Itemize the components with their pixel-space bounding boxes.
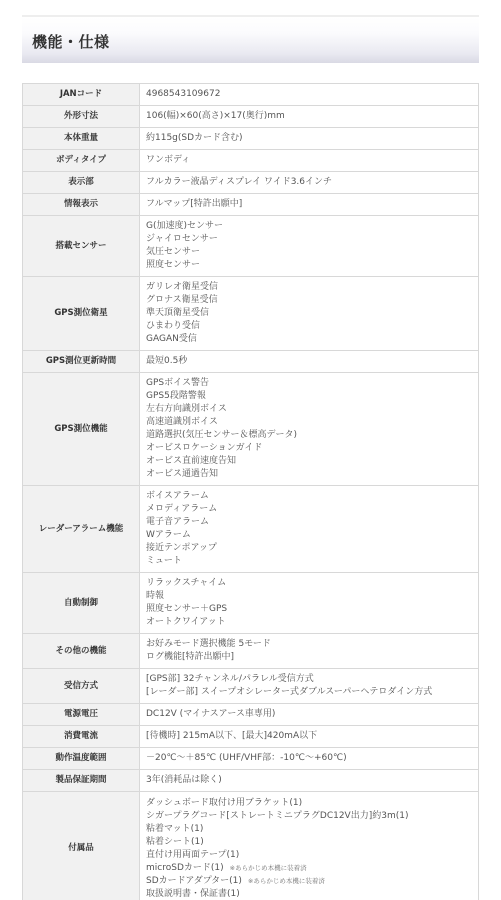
spec-value-text: 約115g(SDカード含む)	[146, 133, 243, 143]
spec-value-line: メロディアラーム	[146, 503, 472, 516]
spec-value: フルカラー液晶ディスプレイ ワイド3.6インチ	[140, 172, 479, 194]
spec-label: 情報表示	[23, 194, 140, 216]
spec-value-line: 接近テンポアップ	[146, 542, 472, 555]
spec-value-line: [待機時] 215mA以下、[最大]420mA以下	[146, 730, 472, 743]
spec-value-text: ガリレオ衛星受信	[146, 282, 218, 292]
spec-value-text: 4968543109672	[146, 89, 220, 99]
table-row: 本体重量約115g(SDカード含む)	[23, 128, 479, 150]
section-title: 機能・仕様	[32, 31, 110, 52]
spec-value-line: ダッシュボード取付け用ブラケット(1)	[146, 797, 472, 810]
spec-value: ガリレオ衛星受信グロナス衛星受信準天頂衛星受信ひまわり受信GAGAN受信	[140, 277, 479, 351]
spec-value-text: [GPS部] 32チャンネル/パラレル受信方式	[146, 674, 314, 684]
spec-value-line: microSDカード(1)※あらかじめ本機に装着済	[146, 862, 472, 875]
spec-value: G(加速度)センサージャイロセンサー気圧センサー照度センサー	[140, 216, 479, 277]
spec-value-text: グロナス衛星受信	[146, 295, 218, 305]
spec-value-text: ジャイロセンサー	[146, 234, 218, 244]
table-row: ボディタイプワンボディ	[23, 150, 479, 172]
spec-value-line: オービス通過告知	[146, 468, 472, 481]
table-row: その他の機能お好みモード選択機能 5モードログ機能[特許出願中]	[23, 634, 479, 669]
spec-value-line: SDカードアダプター(1)※あらかじめ本機に装着済	[146, 875, 472, 888]
spec-value-text: オービス通過告知	[146, 469, 218, 479]
spec-value-text: Wアラーム	[146, 530, 191, 540]
spec-value-line: 約115g(SDカード含む)	[146, 132, 472, 145]
section-header: 機能・仕様	[22, 17, 479, 63]
spec-value-line: 電子音アラーム	[146, 516, 472, 529]
spec-value-line: 3年(消耗品は除く)	[146, 774, 472, 787]
spec-label: 製品保証期間	[23, 770, 140, 792]
spec-label: 本体重量	[23, 128, 140, 150]
spec-value-line: ジャイロセンサー	[146, 233, 472, 246]
spec-label: 表示部	[23, 172, 140, 194]
table-row: GPS測位機能GPSボイス警告GPS5段階警報左右方向識別ボイス高速道識別ボイス…	[23, 373, 479, 486]
spec-value-text: 電子音アラーム	[146, 517, 209, 527]
spec-value-text: [レーダー部] スイープオシレーター式ダブルスーパーヘテロダイン方式	[146, 687, 432, 697]
spec-label: 搭載センサー	[23, 216, 140, 277]
table-row: JANコード4968543109672	[23, 84, 479, 106]
spec-value-line: ログ機能[特許出願中]	[146, 651, 472, 664]
spec-value-line: 時報	[146, 590, 472, 603]
spec-value-line: 106(幅)×60(高さ)×17(奥行)mm	[146, 110, 472, 123]
spec-value-text: 取扱説明書・保証書(1)	[146, 889, 240, 899]
spec-label: 電源電圧	[23, 704, 140, 726]
spec-value-line: シガープラグコード[ストレートミニプラグDC12V出力]約3m(1)	[146, 810, 472, 823]
spec-value: ダッシュボード取付け用ブラケット(1)シガープラグコード[ストレートミニプラグD…	[140, 792, 479, 900]
table-row: 外形寸法106(幅)×60(高さ)×17(奥行)mm	[23, 106, 479, 128]
spec-value: GPSボイス警告GPS5段階警報左右方向識別ボイス高速道識別ボイス道路選択(気圧…	[140, 373, 479, 486]
spec-value-text: 106(幅)×60(高さ)×17(奥行)mm	[146, 111, 285, 121]
spec-value: フルマップ[特許出願中]	[140, 194, 479, 216]
spec-value-line: GAGAN受信	[146, 333, 472, 346]
spec-value-text: 3年(消耗品は除く)	[146, 775, 222, 785]
spec-value-text: お好みモード選択機能 5モード	[146, 639, 271, 649]
spec-value-line: 照度センサー＋GPS	[146, 603, 472, 616]
spec-value-text: ログ機能[特許出願中]	[146, 652, 234, 662]
spec-value-text: 左右方向識別ボイス	[146, 404, 227, 414]
spec-value-line: [GPS部] 32チャンネル/パラレル受信方式	[146, 673, 472, 686]
spec-value-text: SDカードアダプター(1)	[146, 876, 242, 886]
spec-value-text: 粘着シート(1)	[146, 837, 204, 847]
spec-value-text: オービスロケーションガイド	[146, 443, 262, 453]
spec-value-text: [待機時] 215mA以下、[最大]420mA以下	[146, 731, 317, 741]
spec-value-line: 直付け用両面テープ(1)	[146, 849, 472, 862]
spec-value-line: 最短0.5秒	[146, 355, 472, 368]
spec-value: ボイスアラームメロディアラーム電子音アラームWアラーム接近テンポアップミュート	[140, 486, 479, 573]
spec-value-text: 気圧センサー	[146, 247, 200, 257]
spec-value: 約115g(SDカード含む)	[140, 128, 479, 150]
spec-value-line: ガリレオ衛星受信	[146, 281, 472, 294]
spec-value-text: 時報	[146, 591, 164, 601]
spec-value-text: DC12V (マイナスアース車専用)	[146, 709, 275, 719]
spec-value-line: GPS5段階警報	[146, 390, 472, 403]
spec-label: JANコード	[23, 84, 140, 106]
spec-value-line: 取扱説明書・保証書(1)	[146, 888, 472, 900]
spec-value-line: グロナス衛星受信	[146, 294, 472, 307]
spec-value-text: 直付け用両面テープ(1)	[146, 850, 239, 860]
spec-value: 3年(消耗品は除く)	[140, 770, 479, 792]
spec-value: お好みモード選択機能 5モードログ機能[特許出願中]	[140, 634, 479, 669]
spec-value-line: 粘着シート(1)	[146, 836, 472, 849]
spec-value: [待機時] 215mA以下、[最大]420mA以下	[140, 726, 479, 748]
spec-value-line: GPSボイス警告	[146, 377, 472, 390]
spec-value-line: DC12V (マイナスアース車専用)	[146, 708, 472, 721]
spec-value-line: フルカラー液晶ディスプレイ ワイド3.6インチ	[146, 176, 472, 189]
spec-value-line: [レーダー部] スイープオシレーター式ダブルスーパーヘテロダイン方式	[146, 686, 472, 699]
table-row: レーダーアラーム機能ボイスアラームメロディアラーム電子音アラームWアラーム接近テ…	[23, 486, 479, 573]
spec-value-line: 左右方向識別ボイス	[146, 403, 472, 416]
spec-value-line: お好みモード選択機能 5モード	[146, 638, 472, 651]
spec-value-line: －20℃～＋85℃ (UHF/VHF部：-10℃～+60℃)	[146, 752, 472, 765]
spec-value-text: 接近テンポアップ	[146, 543, 217, 553]
spec-value-text: GPSボイス警告	[146, 378, 209, 388]
table-row: GPS測位更新時間最短0.5秒	[23, 351, 479, 373]
spec-value-line: フルマップ[特許出願中]	[146, 198, 472, 211]
table-row: 電源電圧DC12V (マイナスアース車専用)	[23, 704, 479, 726]
spec-label: 消費電流	[23, 726, 140, 748]
spec-value-line: 気圧センサー	[146, 246, 472, 259]
spec-label: GPS測位衛星	[23, 277, 140, 351]
table-row: 情報表示フルマップ[特許出願中]	[23, 194, 479, 216]
spec-value-text: ミュート	[146, 556, 182, 566]
spec-label: 付属品	[23, 792, 140, 900]
spec-value-text: ワンボディ	[146, 155, 190, 165]
spec-value-text: メロディアラーム	[146, 504, 217, 514]
spec-value: DC12V (マイナスアース車専用)	[140, 704, 479, 726]
spec-value-line: G(加速度)センサー	[146, 220, 472, 233]
table-row: 表示部フルカラー液晶ディスプレイ ワイド3.6インチ	[23, 172, 479, 194]
spec-value-text: GPS5段階警報	[146, 391, 206, 401]
spec-value-line: 4968543109672	[146, 88, 472, 101]
spec-value-text: フルマップ[特許出願中]	[146, 199, 242, 209]
spec-value-text: 粘着マット(1)	[146, 824, 203, 834]
spec-value: －20℃～＋85℃ (UHF/VHF部：-10℃～+60℃)	[140, 748, 479, 770]
spec-value-line: ボイスアラーム	[146, 490, 472, 503]
spec-value-text: ひまわり受信	[146, 321, 200, 331]
spec-label: その他の機能	[23, 634, 140, 669]
spec-value: 4968543109672	[140, 84, 479, 106]
spec-value-line: オービスロケーションガイド	[146, 442, 472, 455]
spec-value-line: Wアラーム	[146, 529, 472, 542]
spec-label: GPS測位更新時間	[23, 351, 140, 373]
spec-table: JANコード4968543109672外形寸法106(幅)×60(高さ)×17(…	[22, 83, 479, 900]
spec-value-text: ボイスアラーム	[146, 491, 209, 501]
spec-value: 106(幅)×60(高さ)×17(奥行)mm	[140, 106, 479, 128]
spec-value-text: 照度センサー＋GPS	[146, 604, 227, 614]
spec-value: [GPS部] 32チャンネル/パラレル受信方式[レーダー部] スイープオシレータ…	[140, 669, 479, 704]
spec-label: 外形寸法	[23, 106, 140, 128]
spec-note: ※あらかじめ本機に装着済	[248, 877, 325, 885]
table-row: 消費電流[待機時] 215mA以下、[最大]420mA以下	[23, 726, 479, 748]
spec-value-text: －20℃～＋85℃ (UHF/VHF部：-10℃～+60℃)	[146, 753, 347, 763]
spec-value-line: オートクワイアット	[146, 616, 472, 629]
spec-value-text: リラックスチャイム	[146, 578, 226, 588]
spec-value: 最短0.5秒	[140, 351, 479, 373]
spec-label: レーダーアラーム機能	[23, 486, 140, 573]
spec-value: リラックスチャイム時報照度センサー＋GPSオートクワイアット	[140, 573, 479, 634]
spec-value-line: ミュート	[146, 555, 472, 568]
spec-label: 受信方式	[23, 669, 140, 704]
spec-value-text: microSDカード(1)	[146, 863, 224, 873]
spec-value-line: オービス直前速度告知	[146, 455, 472, 468]
spec-label: 自動制御	[23, 573, 140, 634]
spec-note: ※あらかじめ本機に装着済	[230, 864, 307, 872]
spec-value-line: 道路選択(気圧センサー＆標高データ)	[146, 429, 472, 442]
spec-value-line: ひまわり受信	[146, 320, 472, 333]
spec-value-text: シガープラグコード[ストレートミニプラグDC12V出力]約3m(1)	[146, 811, 408, 821]
spec-value-text: オートクワイアット	[146, 617, 226, 627]
table-row: 製品保証期間3年(消耗品は除く)	[23, 770, 479, 792]
spec-value-text: オービス直前速度告知	[146, 456, 236, 466]
spec-label: ボディタイプ	[23, 150, 140, 172]
spec-value-text: ダッシュボード取付け用ブラケット(1)	[146, 798, 302, 808]
spec-label: 動作温度範囲	[23, 748, 140, 770]
spec-label: GPS測位機能	[23, 373, 140, 486]
table-row: 自動制御リラックスチャイム時報照度センサー＋GPSオートクワイアット	[23, 573, 479, 634]
spec-value-line: ワンボディ	[146, 154, 472, 167]
spec-value-text: GAGAN受信	[146, 334, 197, 344]
spec-value-line: 高速道識別ボイス	[146, 416, 472, 429]
spec-value-line: 照度センサー	[146, 259, 472, 272]
table-row: 動作温度範囲－20℃～＋85℃ (UHF/VHF部：-10℃～+60℃)	[23, 748, 479, 770]
spec-value-text: 最短0.5秒	[146, 356, 187, 366]
table-row: 搭載センサーG(加速度)センサージャイロセンサー気圧センサー照度センサー	[23, 216, 479, 277]
spec-value-text: 準天頂衛星受信	[146, 308, 209, 318]
spec-value: ワンボディ	[140, 150, 479, 172]
spec-value-text: 道路選択(気圧センサー＆標高データ)	[146, 430, 297, 440]
spec-value-text: 高速道識別ボイス	[146, 417, 218, 427]
spec-value-line: 準天頂衛星受信	[146, 307, 472, 320]
spec-value-text: 照度センサー	[146, 260, 200, 270]
spec-value-line: 粘着マット(1)	[146, 823, 472, 836]
spec-value-line: リラックスチャイム	[146, 577, 472, 590]
table-row: GPS測位衛星ガリレオ衛星受信グロナス衛星受信準天頂衛星受信ひまわり受信GAGA…	[23, 277, 479, 351]
spec-value-text: G(加速度)センサー	[146, 221, 223, 231]
table-row: 付属品ダッシュボード取付け用ブラケット(1)シガープラグコード[ストレートミニプ…	[23, 792, 479, 900]
spec-value-text: フルカラー液晶ディスプレイ ワイド3.6インチ	[146, 177, 332, 187]
table-row: 受信方式[GPS部] 32チャンネル/パラレル受信方式[レーダー部] スイープオ…	[23, 669, 479, 704]
